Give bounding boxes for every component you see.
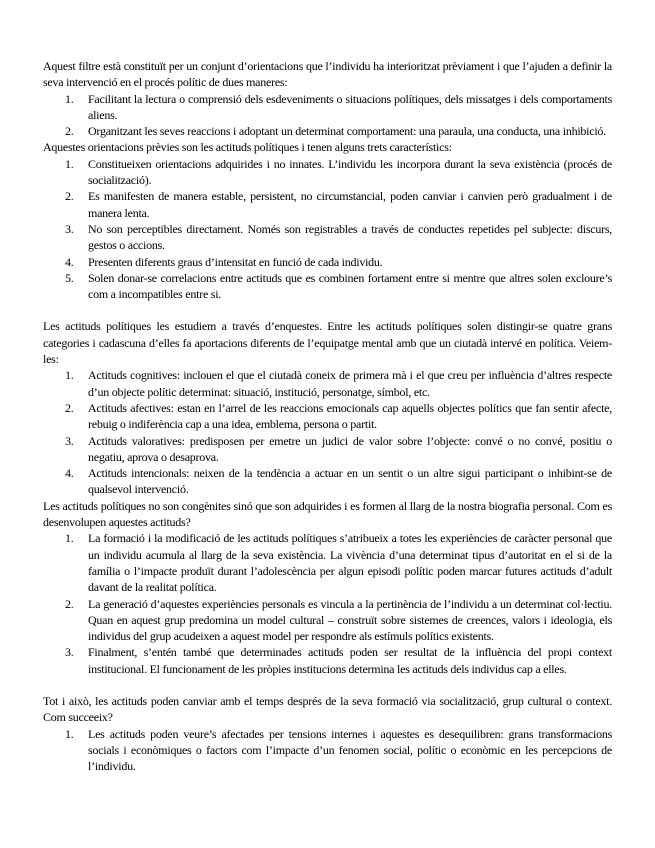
- section-intro-paragraph: Tot i això, les actituds poden canviar a…: [43, 693, 612, 726]
- numbered-list: Facilitant la lectura o comprensió dels …: [43, 91, 612, 140]
- list-item: Solen donar-se correlacions entre actitu…: [88, 270, 612, 303]
- list-item: Facilitant la lectura o comprensió dels …: [88, 91, 612, 124]
- numbered-list: Les actituds poden veure’s afectades per…: [43, 726, 612, 775]
- numbered-list: La formació i la modificació de les acti…: [43, 530, 612, 677]
- list-item: Actituds valoratives: predisposen per em…: [88, 433, 612, 466]
- section-attitude-traits: Aquestes orientacions prèvies son les ac…: [43, 139, 612, 302]
- section-intro-paragraph: Aquestes orientacions prèvies son les ac…: [43, 139, 612, 155]
- section-attitude-change: Tot i això, les actituds poden canviar a…: [43, 693, 612, 774]
- list-item: Es manifesten de manera estable, persist…: [88, 188, 612, 221]
- list-item: La formació i la modificació de les acti…: [88, 530, 612, 595]
- section-attitude-formation: Les actituds polítiques no son congènite…: [43, 498, 612, 677]
- list-item: Actituds afectives: estan en l’arrel de …: [88, 400, 612, 433]
- list-item: Organitzant les seves reaccions i adopta…: [88, 123, 612, 139]
- section-intro-paragraph: Les actituds polítiques no son congènite…: [43, 498, 612, 531]
- list-item: La generació d’aquestes experiències per…: [88, 596, 612, 645]
- list-item: Les actituds poden veure’s afectades per…: [88, 726, 612, 775]
- list-item: Actituds intencionals: neixen de la tend…: [88, 465, 612, 498]
- numbered-list: Actituds cognitives: inclouen el que el …: [43, 367, 612, 497]
- numbered-list: Constitueixen orientacions adquirides i …: [43, 156, 612, 303]
- list-item: Finalment, s’entén també que determinade…: [88, 644, 612, 677]
- document-page: Aquest filtre està constituït per un con…: [0, 0, 655, 848]
- list-item: Constitueixen orientacions adquirides i …: [88, 156, 612, 189]
- section-attitude-categories: Les actituds polítiques les estudiem a t…: [43, 318, 612, 497]
- section-intro-paragraph: Les actituds polítiques les estudiem a t…: [43, 318, 612, 367]
- section-filter-definition: Aquest filtre està constituït per un con…: [43, 58, 612, 139]
- section-intro-paragraph: Aquest filtre està constituït per un con…: [43, 58, 612, 91]
- list-item: Presenten diferents graus d’intensitat e…: [88, 254, 612, 270]
- list-item: No son perceptibles directament. Només s…: [88, 221, 612, 254]
- list-item: Actituds cognitives: inclouen el que el …: [88, 367, 612, 400]
